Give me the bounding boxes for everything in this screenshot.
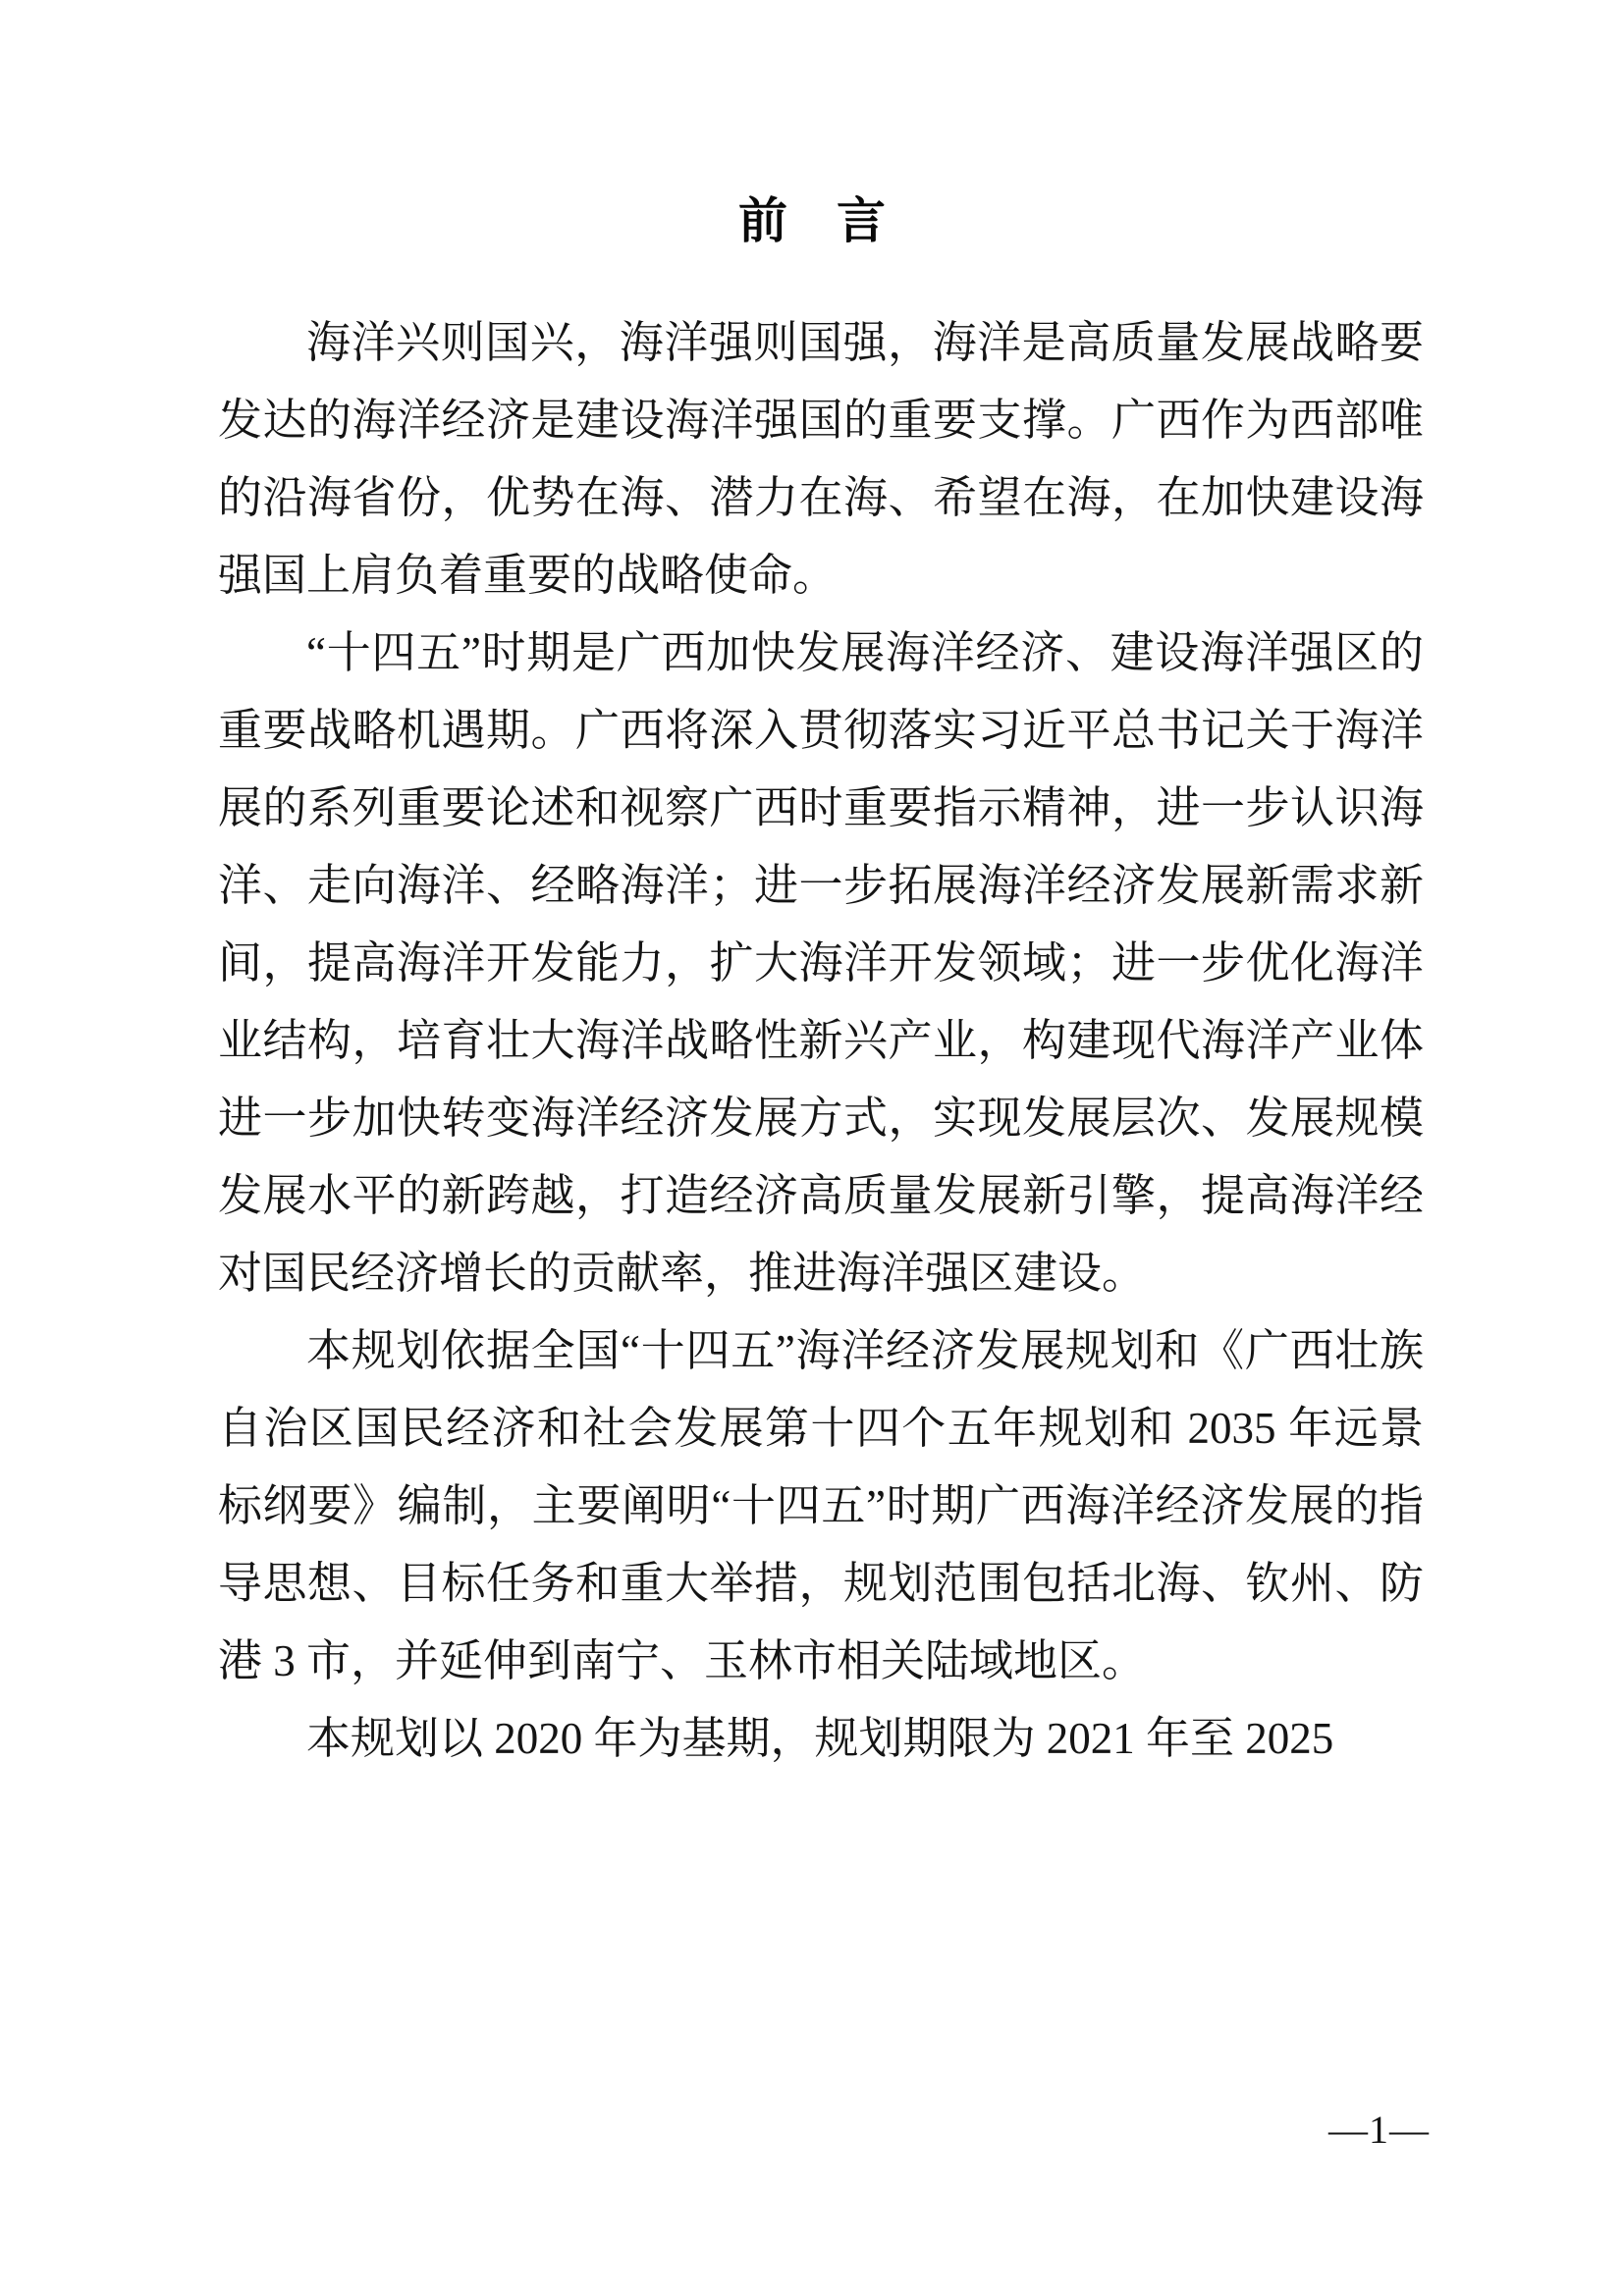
text-line: 自治区国民经济和社会发展第十四个五年规划和 2035 年远景目 — [218, 1390, 1424, 1468]
text-line: 展的系列重要论述和视察广西时重要指示精神，进一步认识海 — [218, 770, 1424, 847]
document-page: 前 言 海洋兴则国兴，海洋强则国强，海洋是高质量发展战略要地， 发达的海洋经济是… — [0, 0, 1624, 2296]
text-line: “十四五”时期是广西加快发展海洋经济、建设海洋强区的 — [218, 614, 1424, 692]
text-line: 对国民经济增长的贡献率，推进海洋强区建设。 — [218, 1235, 1424, 1312]
text-line: 洋、走向海洋、经略海洋；进一步拓展海洋经济发展新需求新空 — [218, 847, 1424, 925]
text-line: 标纲要》编制，主要阐明“十四五”时期广西海洋经济发展的指 — [218, 1468, 1424, 1545]
text-line: 海洋兴则国兴，海洋强则国强，海洋是高质量发展战略要地， — [218, 304, 1424, 382]
text-line: 港 3 市，并延伸到南宁、玉林市相关陆域地区。 — [218, 1623, 1424, 1700]
text-line: 间，提高海洋开发能力，扩大海洋开发领域；进一步优化海洋产 — [218, 925, 1424, 1002]
text-line: 业结构，培育壮大海洋战略性新兴产业，构建现代海洋产业体系； — [218, 1002, 1424, 1080]
text-line: 重要战略机遇期。广西将深入贯彻落实习近平总书记关于海洋发 — [218, 692, 1424, 770]
text-line: 强国上肩负着重要的战略使命。 — [218, 537, 1424, 614]
text-line: 本规划以 2020 年为基期，规划期限为 2021 年至 2025 年。 — [218, 1700, 1424, 1778]
text-line: 发达的海洋经济是建设海洋强国的重要支撑。广西作为西部唯一 — [218, 382, 1424, 459]
text-line: 发展水平的新跨越，打造经济高质量发展新引擎，提高海洋经济 — [218, 1157, 1424, 1235]
document-body: 海洋兴则国兴，海洋强则国强，海洋是高质量发展战略要地， 发达的海洋经济是建设海洋… — [218, 304, 1424, 1778]
text-line: 导思想、目标任务和重大举措，规划范围包括北海、钦州、防城 — [218, 1545, 1424, 1623]
page-title: 前 言 — [0, 192, 1624, 249]
paragraph-4: 本规划以 2020 年为基期，规划期限为 2021 年至 2025 年。 — [218, 1700, 1424, 1778]
page-number: —1— — [1328, 2109, 1430, 2152]
paragraph-2: “十四五”时期是广西加快发展海洋经济、建设海洋强区的 重要战略机遇期。广西将深入… — [218, 614, 1424, 1312]
text-line: 进一步加快转变海洋经济发展方式，实现发展层次、发展规模和 — [218, 1080, 1424, 1157]
paragraph-3: 本规划依据全国“十四五”海洋经济发展规划和《广西壮族 自治区国民经济和社会发展第… — [218, 1312, 1424, 1700]
text-line: 本规划依据全国“十四五”海洋经济发展规划和《广西壮族 — [218, 1312, 1424, 1390]
paragraph-1: 海洋兴则国兴，海洋强则国强，海洋是高质量发展战略要地， 发达的海洋经济是建设海洋… — [218, 304, 1424, 614]
text-line: 的沿海省份，优势在海、潜力在海、希望在海，在加快建设海洋 — [218, 459, 1424, 537]
